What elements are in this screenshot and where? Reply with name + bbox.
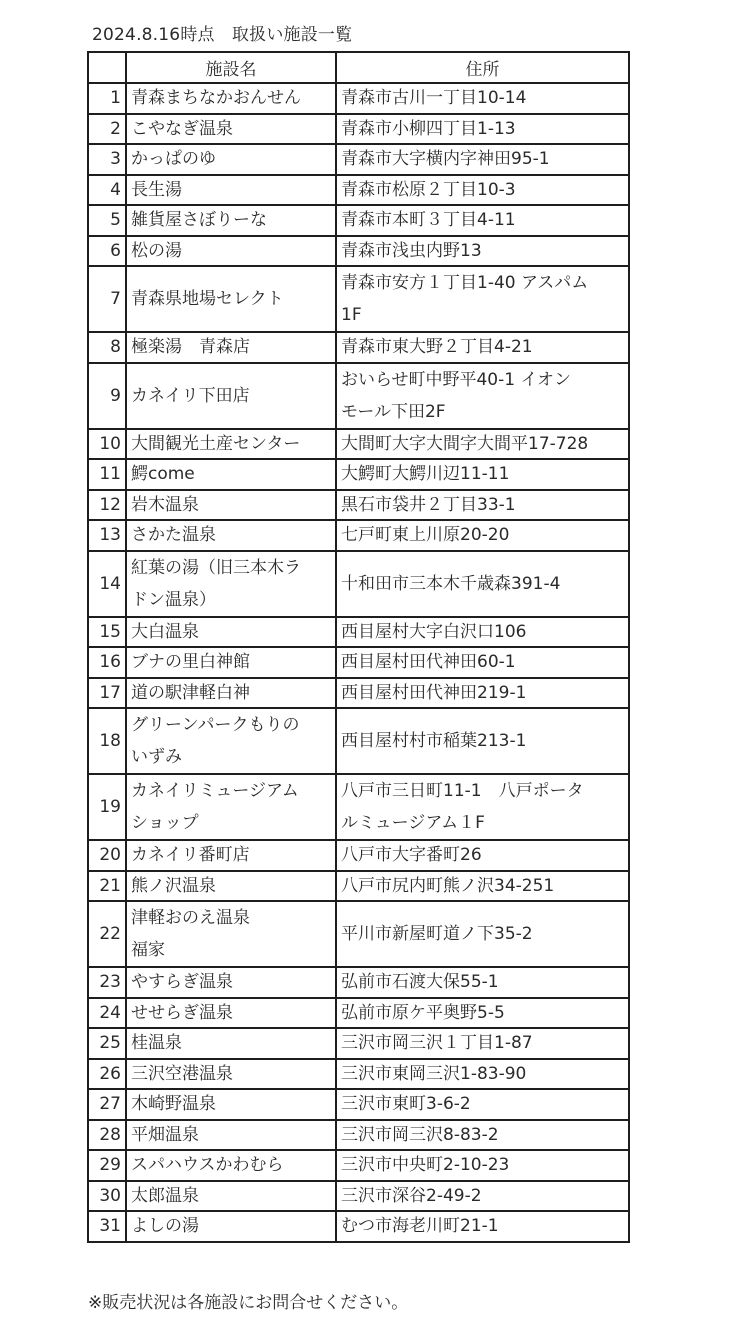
table-row: 16ブナの里白神館西目屋村田代神田60-1 bbox=[88, 647, 629, 678]
facility-name-line: 津軽おのえ温泉 bbox=[131, 908, 250, 928]
facility-address-line: 1F bbox=[341, 305, 362, 325]
column-header-number bbox=[88, 52, 126, 83]
facility-address: 七戸町東上川原20-20 bbox=[336, 520, 629, 551]
facility-address: 八戸市三日町11-1 八戸ポータルミュージアム１F bbox=[336, 774, 629, 840]
facility-name: 松の湯 bbox=[126, 236, 336, 267]
row-number: 10 bbox=[88, 429, 126, 460]
table-row: 6松の湯青森市浅虫内野13 bbox=[88, 236, 629, 267]
table-row: 7青森県地場セレクト青森市安方１丁目1-40 アスパム1F bbox=[88, 266, 629, 332]
column-header-address: 住所 bbox=[336, 52, 629, 83]
facility-name: 三沢空港温泉 bbox=[126, 1059, 336, 1090]
facility-address: 三沢市岡三沢１丁目1-87 bbox=[336, 1028, 629, 1059]
table-row: 31よしの湯むつ市海老川町21-1 bbox=[88, 1211, 629, 1242]
row-number: 2 bbox=[88, 114, 126, 145]
facility-address-line: 八戸市三日町11-1 八戸ポータ bbox=[341, 781, 584, 801]
table-row: 8極楽湯 青森店青森市東大野２丁目4-21 bbox=[88, 332, 629, 363]
facility-name: 大間観光土産センター bbox=[126, 429, 336, 460]
facility-name: せせらぎ温泉 bbox=[126, 998, 336, 1029]
facility-table-body: 1青森まちなかおんせん青森市古川一丁目10-142こやなぎ温泉青森市小柳四丁目1… bbox=[88, 83, 629, 1242]
facility-name-line: グリーンパークもりの bbox=[131, 715, 299, 735]
table-row: 15大白温泉西目屋村大字白沢口106 bbox=[88, 617, 629, 648]
facility-name: 極楽湯 青森店 bbox=[126, 332, 336, 363]
facility-name-line: 福家 bbox=[131, 940, 165, 960]
facility-name: 木崎野温泉 bbox=[126, 1089, 336, 1120]
facility-name: 長生湯 bbox=[126, 175, 336, 206]
facility-name: 大白温泉 bbox=[126, 617, 336, 648]
facility-address: 黒石市袋井２丁目33-1 bbox=[336, 490, 629, 521]
row-number: 25 bbox=[88, 1028, 126, 1059]
table-row: 25桂温泉三沢市岡三沢１丁目1-87 bbox=[88, 1028, 629, 1059]
facility-address: 三沢市中央町2-10-23 bbox=[336, 1150, 629, 1181]
facility-name-line: ドン温泉） bbox=[131, 590, 216, 610]
row-number: 3 bbox=[88, 144, 126, 175]
facility-name: 紅葉の湯（旧三本木ラドン温泉） bbox=[126, 551, 336, 617]
facility-address: 三沢市深谷2-49-2 bbox=[336, 1181, 629, 1212]
table-row: 2こやなぎ温泉青森市小柳四丁目1-13 bbox=[88, 114, 629, 145]
table-row: 23やすらぎ温泉弘前市石渡大保55-1 bbox=[88, 967, 629, 998]
row-number: 9 bbox=[88, 363, 126, 429]
table-row: 27木崎野温泉三沢市東町3-6-2 bbox=[88, 1089, 629, 1120]
facility-name: 青森県地場セレクト bbox=[126, 266, 336, 332]
facility-name: グリーンパークもりのいずみ bbox=[126, 708, 336, 774]
table-row: 17道の駅津軽白神西目屋村田代神田219-1 bbox=[88, 678, 629, 709]
facility-name: よしの湯 bbox=[126, 1211, 336, 1242]
facility-name: カネイリ番町店 bbox=[126, 840, 336, 871]
facility-address: 十和田市三本木千歳森391-4 bbox=[336, 551, 629, 617]
facility-address: 西目屋村田代神田60-1 bbox=[336, 647, 629, 678]
table-row: 11鰐come大鰐町大鰐川辺11-11 bbox=[88, 459, 629, 490]
table-row: 4長生湯青森市松原２丁目10-3 bbox=[88, 175, 629, 206]
facility-address: 青森市古川一丁目10-14 bbox=[336, 83, 629, 114]
row-number: 16 bbox=[88, 647, 126, 678]
facility-name-line: ショップ bbox=[131, 813, 199, 833]
facility-name-line: カネイリミュージアム bbox=[131, 781, 299, 801]
facility-address-line: ルミュージアム１F bbox=[341, 813, 485, 833]
row-number: 1 bbox=[88, 83, 126, 114]
facility-name: ブナの里白神館 bbox=[126, 647, 336, 678]
facility-address: 三沢市岡三沢8-83-2 bbox=[336, 1120, 629, 1151]
facility-address: 青森市安方１丁目1-40 アスパム1F bbox=[336, 266, 629, 332]
facility-name: やすらぎ温泉 bbox=[126, 967, 336, 998]
facility-name: こやなぎ温泉 bbox=[126, 114, 336, 145]
table-row: 26三沢空港温泉三沢市東岡三沢1-83-90 bbox=[88, 1059, 629, 1090]
facility-name: カネイリ下田店 bbox=[126, 363, 336, 429]
row-number: 11 bbox=[88, 459, 126, 490]
row-number: 7 bbox=[88, 266, 126, 332]
facility-name: かっぱのゆ bbox=[126, 144, 336, 175]
row-number: 19 bbox=[88, 774, 126, 840]
row-number: 22 bbox=[88, 901, 126, 967]
row-number: 12 bbox=[88, 490, 126, 521]
row-number: 31 bbox=[88, 1211, 126, 1242]
row-number: 13 bbox=[88, 520, 126, 551]
facility-address: 三沢市東岡三沢1-83-90 bbox=[336, 1059, 629, 1090]
facility-address-line: 青森市安方１丁目1-40 アスパム bbox=[341, 273, 588, 293]
row-number: 27 bbox=[88, 1089, 126, 1120]
facility-address-line: モール下田2F bbox=[341, 402, 446, 422]
facility-name: 青森まちなかおんせん bbox=[126, 83, 336, 114]
facility-name-line: 紅葉の湯（旧三本木ラ bbox=[131, 558, 301, 578]
row-number: 5 bbox=[88, 205, 126, 236]
table-header-row: 施設名 住所 bbox=[88, 52, 629, 83]
row-number: 17 bbox=[88, 678, 126, 709]
table-row: 3かっぱのゆ青森市大字横内字神田95-1 bbox=[88, 144, 629, 175]
row-number: 18 bbox=[88, 708, 126, 774]
facility-name: 岩木温泉 bbox=[126, 490, 336, 521]
row-number: 23 bbox=[88, 967, 126, 998]
table-row: 5雑貨屋さぼりーな青森市本町３丁目4-11 bbox=[88, 205, 629, 236]
table-row: 1青森まちなかおんせん青森市古川一丁目10-14 bbox=[88, 83, 629, 114]
table-row: 14紅葉の湯（旧三本木ラドン温泉）十和田市三本木千歳森391-4 bbox=[88, 551, 629, 617]
table-row: 21熊ノ沢温泉八戸市尻内町熊ノ沢34-251 bbox=[88, 871, 629, 902]
facility-address: 弘前市石渡大保55-1 bbox=[336, 967, 629, 998]
facility-address: 青森市本町３丁目4-11 bbox=[336, 205, 629, 236]
row-number: 15 bbox=[88, 617, 126, 648]
facility-name: 平畑温泉 bbox=[126, 1120, 336, 1151]
row-number: 8 bbox=[88, 332, 126, 363]
table-row: 18グリーンパークもりのいずみ西目屋村村市稲葉213-1 bbox=[88, 708, 629, 774]
facility-address: おいらせ町中野平40-1 イオンモール下田2F bbox=[336, 363, 629, 429]
facility-address: 青森市浅虫内野13 bbox=[336, 236, 629, 267]
facility-name: 太郎温泉 bbox=[126, 1181, 336, 1212]
table-row: 10大間観光土産センター大間町大字大間字大間平17-728 bbox=[88, 429, 629, 460]
row-number: 6 bbox=[88, 236, 126, 267]
table-row: 12岩木温泉黒石市袋井２丁目33-1 bbox=[88, 490, 629, 521]
facility-address: 西目屋村田代神田219-1 bbox=[336, 678, 629, 709]
row-number: 21 bbox=[88, 871, 126, 902]
table-row: 29スパハウスかわむら三沢市中央町2-10-23 bbox=[88, 1150, 629, 1181]
page-title: 2024.8.16時点 取扱い施設一覧 bbox=[92, 22, 352, 48]
facility-name: スパハウスかわむら bbox=[126, 1150, 336, 1181]
facility-name: 熊ノ沢温泉 bbox=[126, 871, 336, 902]
table-row: 28平畑温泉三沢市岡三沢8-83-2 bbox=[88, 1120, 629, 1151]
table-row: 22津軽おのえ温泉福家平川市新屋町道ノ下35-2 bbox=[88, 901, 629, 967]
footnote: ※販売状況は各施設にお問合せください。 bbox=[88, 1290, 408, 1316]
facility-address: 大間町大字大間字大間平17-728 bbox=[336, 429, 629, 460]
facility-name: さかた温泉 bbox=[126, 520, 336, 551]
facility-address: 青森市東大野２丁目4-21 bbox=[336, 332, 629, 363]
table-row: 24せせらぎ温泉弘前市原ケ平奥野5-5 bbox=[88, 998, 629, 1029]
table-row: 9カネイリ下田店おいらせ町中野平40-1 イオンモール下田2F bbox=[88, 363, 629, 429]
row-number: 28 bbox=[88, 1120, 126, 1151]
table-row: 30太郎温泉三沢市深谷2-49-2 bbox=[88, 1181, 629, 1212]
facility-address: 平川市新屋町道ノ下35-2 bbox=[336, 901, 629, 967]
facility-name: 雑貨屋さぼりーな bbox=[126, 205, 336, 236]
facility-address: 西目屋村村市稲葉213-1 bbox=[336, 708, 629, 774]
facility-address-line: おいらせ町中野平40-1 イオン bbox=[341, 370, 571, 390]
table-row: 13さかた温泉七戸町東上川原20-20 bbox=[88, 520, 629, 551]
row-number: 30 bbox=[88, 1181, 126, 1212]
facility-name: 鰐come bbox=[126, 459, 336, 490]
facility-address: 大鰐町大鰐川辺11-11 bbox=[336, 459, 629, 490]
facility-table: 施設名 住所 1青森まちなかおんせん青森市古川一丁目10-142こやなぎ温泉青森… bbox=[87, 51, 630, 1243]
facility-address: 西目屋村大字白沢口106 bbox=[336, 617, 629, 648]
facility-name: カネイリミュージアムショップ bbox=[126, 774, 336, 840]
table-row: 20カネイリ番町店八戸市大字番町26 bbox=[88, 840, 629, 871]
row-number: 4 bbox=[88, 175, 126, 206]
facility-address: 青森市小柳四丁目1-13 bbox=[336, 114, 629, 145]
table-row: 19カネイリミュージアムショップ八戸市三日町11-1 八戸ポータルミュージアム１… bbox=[88, 774, 629, 840]
facility-name-line: いずみ bbox=[131, 747, 182, 767]
row-number: 29 bbox=[88, 1150, 126, 1181]
row-number: 26 bbox=[88, 1059, 126, 1090]
facility-name: 津軽おのえ温泉福家 bbox=[126, 901, 336, 967]
row-number: 24 bbox=[88, 998, 126, 1029]
facility-address: 八戸市大字番町26 bbox=[336, 840, 629, 871]
facility-address: 八戸市尻内町熊ノ沢34-251 bbox=[336, 871, 629, 902]
facility-name: 道の駅津軽白神 bbox=[126, 678, 336, 709]
row-number: 14 bbox=[88, 551, 126, 617]
facility-address: 弘前市原ケ平奥野5-5 bbox=[336, 998, 629, 1029]
column-header-facility-name: 施設名 bbox=[126, 52, 336, 83]
facility-address: 三沢市東町3-6-2 bbox=[336, 1089, 629, 1120]
facility-address: 青森市松原２丁目10-3 bbox=[336, 175, 629, 206]
facility-address: 青森市大字横内字神田95-1 bbox=[336, 144, 629, 175]
row-number: 20 bbox=[88, 840, 126, 871]
facility-address: むつ市海老川町21-1 bbox=[336, 1211, 629, 1242]
facility-name: 桂温泉 bbox=[126, 1028, 336, 1059]
